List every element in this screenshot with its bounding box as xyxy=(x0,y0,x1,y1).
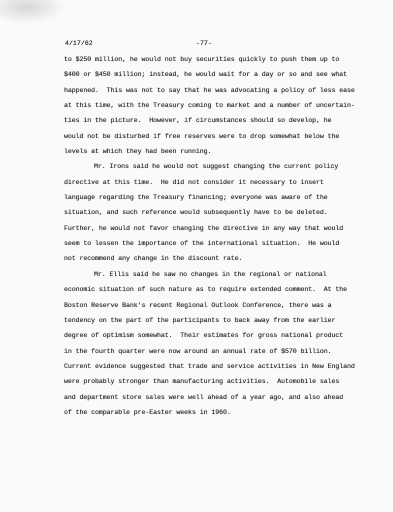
text-line: Boston Reserve Bank's recent Regional Ou… xyxy=(64,298,384,313)
text-line: were probably stronger than manufacturin… xyxy=(64,374,384,389)
text-line: tendency on the part of the participants… xyxy=(64,313,384,328)
text-line: at this time, with the Treasury coming t… xyxy=(64,98,384,113)
page-header: 4/17/62 -77- xyxy=(0,38,393,52)
text-line: levels at which they had been running. xyxy=(64,144,384,159)
text-line: Current evidence suggested that trade an… xyxy=(64,359,384,374)
body-text: to $250 million, he would not buy securi… xyxy=(64,52,384,420)
text-line: and department store sales were well ahe… xyxy=(64,390,384,405)
text-line: ties in the picture. However, if circums… xyxy=(64,113,384,128)
text-line: of the comparable pre-Easter weeks in 19… xyxy=(64,405,384,420)
text-line: happened. This was not to say that he wa… xyxy=(64,83,384,98)
page-date: 4/17/62 xyxy=(65,38,93,50)
text-line: language regarding the Treasury financin… xyxy=(64,190,384,205)
text-line: seem to lessen the importance of the int… xyxy=(64,236,384,251)
text-line-paragraph-start: Mr. Irons said he would not suggest chan… xyxy=(64,159,384,174)
text-line: economic situation of such nature as to … xyxy=(64,282,384,297)
document-page: 4/17/62 -77- to $250 million, he would n… xyxy=(0,0,393,512)
text-line: $400 or $450 million; instead, he would … xyxy=(64,67,384,82)
text-line: not recommend any change in the discount… xyxy=(64,251,384,266)
page-number: -77- xyxy=(196,38,212,50)
text-line: situation, and such reference would subs… xyxy=(64,205,384,220)
text-line: degree of optimism somewhat. Their estim… xyxy=(64,328,384,343)
text-line-paragraph-start: Mr. Ellis said he saw no changes in the … xyxy=(64,267,384,282)
text-line: would not be disturbed if free reserves … xyxy=(64,129,384,144)
text-line: in the fourth quarter were now around an… xyxy=(64,344,384,359)
text-line: directive at this time. He did not consi… xyxy=(64,175,384,190)
scan-smudge xyxy=(0,0,66,24)
text-line: to $250 million, he would not buy securi… xyxy=(64,52,384,67)
text-line: Further, he would not favor changing the… xyxy=(64,221,384,236)
